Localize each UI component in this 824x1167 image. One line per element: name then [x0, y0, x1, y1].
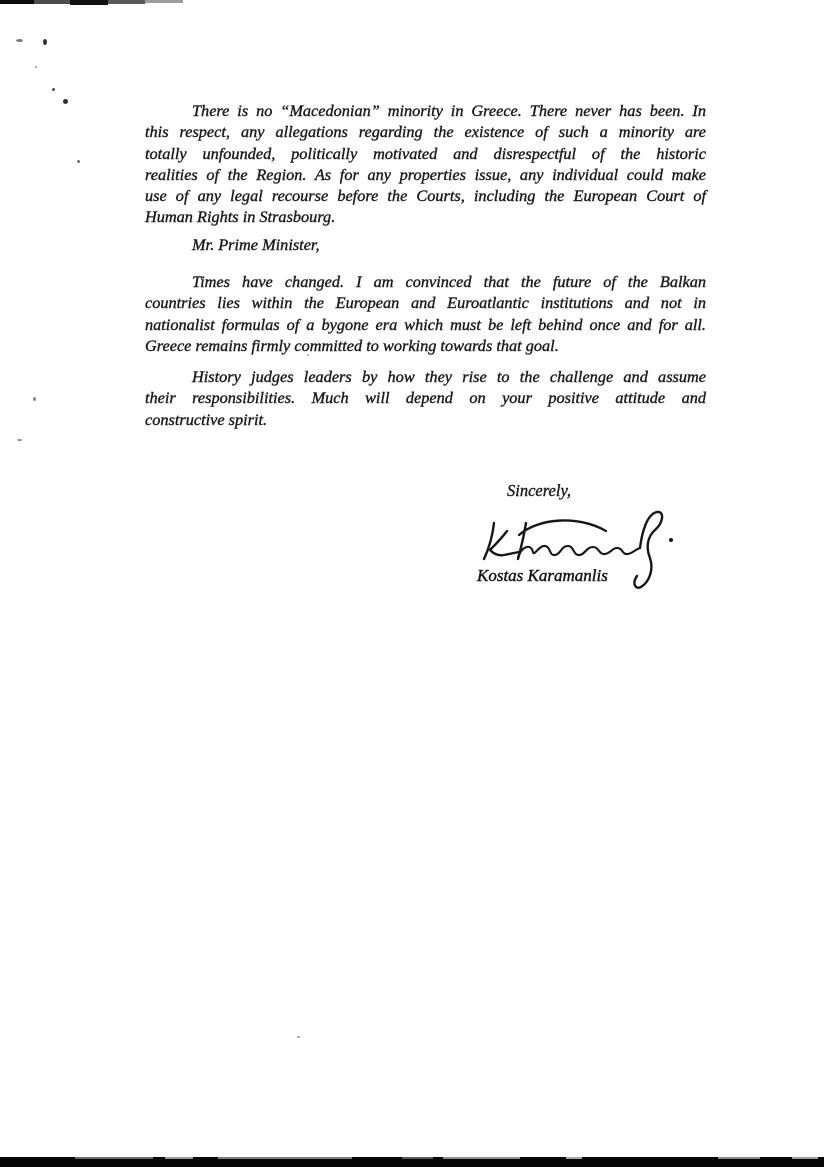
scan-edge-segment — [108, 0, 145, 4]
signer-name: Kostas Karamanlis — [477, 566, 608, 586]
scan-speck — [297, 1036, 300, 1038]
scan-speck — [16, 39, 23, 42]
paragraph-history-judges: History judges leaders by how they rise … — [145, 366, 706, 430]
scan-speck — [33, 397, 36, 401]
text-line: History judges leaders by how they rise … — [145, 366, 706, 387]
text-line: nationalist formulas of a bygone era whi… — [145, 314, 706, 335]
scan-edge-segment — [402, 1157, 433, 1159]
text-line: There is no “Macedonian” minority in Gre… — [145, 100, 706, 121]
text-line: Mr. Prime Minister, — [145, 234, 706, 255]
text-line: countries lies within the European and E… — [145, 292, 706, 313]
scanned-letter-page: There is no “Macedonian” minority in Gre… — [0, 0, 824, 1167]
scan-edge-segment — [792, 1157, 818, 1159]
text-line: this respect, any allegations regarding … — [145, 121, 706, 142]
text-line: Greece remains firmly committed to worki… — [145, 335, 706, 356]
text-line: constructive spirit. — [145, 409, 706, 430]
scan-edge-segment — [75, 1157, 153, 1159]
scan-edge-segment — [718, 1157, 760, 1159]
signature-stroke — [634, 512, 662, 588]
scan-edge-segment — [566, 1157, 582, 1159]
scan-speck — [52, 88, 55, 91]
scan-edge-bottom — [0, 1157, 824, 1167]
signature-stroke — [490, 531, 519, 555]
scan-edge-segment — [70, 0, 108, 5]
text-line: Human Rights in Strasbourg. — [145, 206, 706, 227]
scan-edge-segment — [0, 0, 34, 4]
scan-speck — [35, 66, 37, 68]
scan-speck — [43, 39, 47, 45]
scan-edge-segment — [443, 1157, 520, 1159]
scan-speck — [77, 160, 80, 163]
text-line: Times have changed. I am convinced that … — [145, 271, 706, 292]
scan-speck — [63, 99, 68, 104]
paragraph-opening-statement: There is no “Macedonian” minority in Gre… — [145, 100, 706, 228]
text-line: totally unfounded, politically motivated… — [145, 143, 706, 164]
paragraph-times-have-changed: Times have changed. I am convinced that … — [145, 271, 706, 356]
text-line: realities of the Region. As for any prop… — [145, 164, 706, 185]
scan-edge-segment — [218, 1157, 352, 1159]
closing-salutation: Sincerely, — [507, 481, 571, 501]
signature-dot — [669, 538, 673, 542]
scan-edge-segment — [165, 1157, 193, 1159]
scan-edge-segment — [34, 0, 70, 4]
text-line: their responsibilities. Much will depend… — [145, 387, 706, 408]
scan-speck — [17, 439, 22, 441]
paragraph-salutation: Mr. Prime Minister, — [145, 234, 706, 255]
text-line: use of any legal recourse before the Cou… — [145, 185, 706, 206]
signature-stroke — [518, 546, 640, 557]
scan-speck — [307, 354, 309, 356]
signature-stroke — [519, 520, 606, 535]
